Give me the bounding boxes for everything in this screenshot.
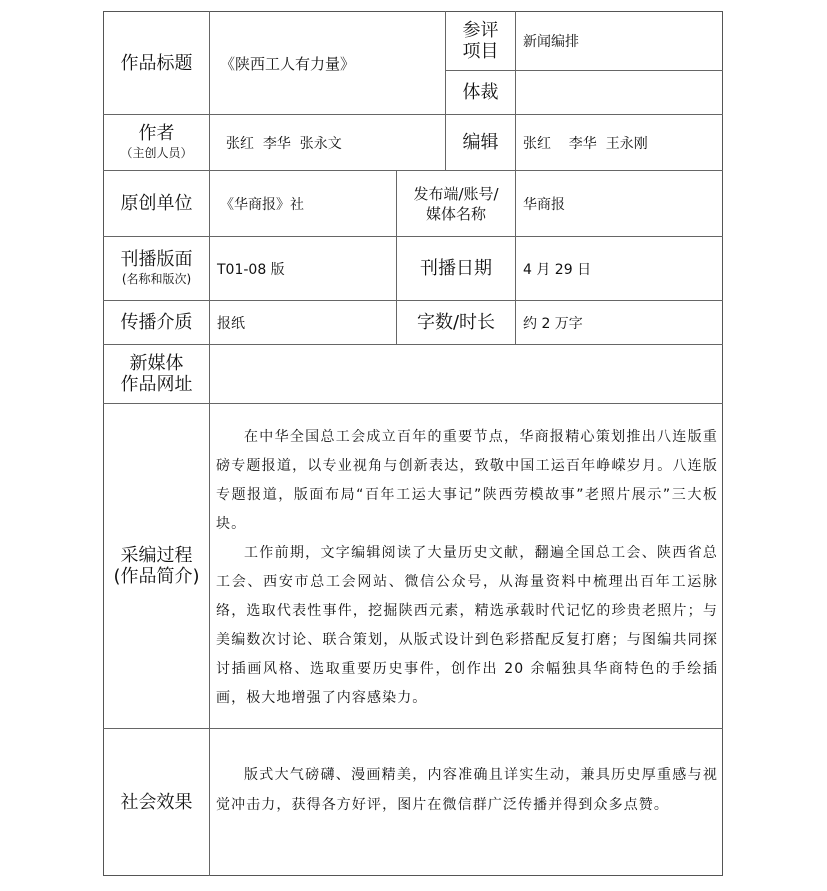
title-label-text: 作品标题: [121, 53, 193, 74]
effect-description[interactable]: 版式大气磅礴、漫画精美，内容准确且详实生动，兼具历史厚重感与视觉冲击力，获得各方…: [216, 760, 718, 820]
url-field[interactable]: [210, 345, 723, 403]
title-value: 《陕西工人有力量》: [220, 53, 355, 74]
author-sublabel: （主创人员）: [120, 144, 192, 162]
category-field[interactable]: 新闻编排: [516, 12, 723, 70]
page-field[interactable]: T01-08 版: [210, 237, 396, 300]
effect-label: 社会效果: [104, 729, 209, 876]
date-value: 4 月 29 日: [523, 259, 591, 279]
page-sublabel: (名称和版次): [121, 270, 193, 288]
category-value: 新闻编排: [523, 31, 579, 51]
publisher-label-line1: 发布端/账号/: [413, 185, 498, 203]
publisher-label: 发布端/账号/媒体名称: [397, 171, 515, 236]
page-value: T01-08 版: [217, 259, 285, 279]
length-field[interactable]: 约 2 万字: [516, 301, 723, 344]
process-label-line2: (作品简介): [113, 566, 199, 587]
length-label-text: 字数/时长: [417, 312, 495, 333]
process-label: 采编过程(作品简介): [104, 404, 209, 728]
publisher-field[interactable]: 华商报: [516, 171, 723, 236]
process-label-line1: 采编过程: [120, 545, 192, 566]
url-label-line2: 作品网址: [121, 374, 193, 395]
length-label: 字数/时长: [397, 301, 515, 344]
url-label: 新媒体作品网址: [104, 345, 209, 403]
editor-field[interactable]: 张红 李华 王永刚: [516, 115, 723, 170]
page-label: 刊播版面(名称和版次): [104, 237, 209, 300]
date-label-text: 刊播日期: [420, 258, 492, 279]
page-label-text: 刊播版面: [121, 249, 193, 270]
unit-field[interactable]: 《华商报》社: [210, 171, 396, 236]
title-label: 作品标题: [104, 12, 209, 114]
category-label-line1: 参评: [463, 20, 499, 41]
medium-value: 报纸: [217, 313, 245, 333]
unit-value: 《华商报》社: [220, 194, 304, 214]
length-value: 约 2 万字: [523, 313, 583, 333]
genre-field[interactable]: [516, 71, 723, 114]
process-paragraph: 在中华全国总工会成立百年的重要节点，华商报精心策划推出八连版重磅专题报道，以专业…: [216, 423, 718, 539]
process-description[interactable]: 在中华全国总工会成立百年的重要节点，华商报精心策划推出八连版重磅专题报道，以专业…: [216, 423, 718, 713]
author-value: 张红 李华 张永文: [226, 133, 342, 153]
medium-label-text: 传播介质: [121, 312, 193, 333]
publisher-value: 华商报: [523, 194, 565, 214]
category-label: 参评项目: [446, 12, 515, 70]
date-label: 刊播日期: [397, 237, 515, 300]
genre-label: 体裁: [446, 71, 515, 114]
author-label-text: 作者: [138, 123, 174, 144]
url-label-line1: 新媒体: [130, 353, 184, 374]
publisher-label-line2: 媒体名称: [426, 205, 486, 223]
process-paragraph: 工作前期，文字编辑阅读了大量历史文献，翻遍全国总工会、陕西省总工会、西安市总工会…: [216, 539, 718, 713]
medium-field[interactable]: 报纸: [210, 301, 396, 344]
unit-label-text: 原创单位: [121, 193, 193, 214]
effect-label-text: 社会效果: [121, 792, 193, 813]
date-field[interactable]: 4 月 29 日: [516, 237, 723, 300]
author-label: 作者（主创人员）: [104, 115, 209, 170]
editor-label-text: 编辑: [463, 132, 499, 153]
author-field[interactable]: 张红 李华 张永文: [210, 115, 445, 170]
editor-value: 张红 李华 王永刚: [523, 133, 648, 153]
medium-label: 传播介质: [104, 301, 209, 344]
unit-label: 原创单位: [104, 171, 209, 236]
genre-label-text: 体裁: [463, 82, 499, 103]
effect-paragraph: 版式大气磅礴、漫画精美，内容准确且详实生动，兼具历史厚重感与视觉冲击力，获得各方…: [216, 760, 718, 820]
title-field[interactable]: 《陕西工人有力量》: [210, 12, 445, 114]
editor-label: 编辑: [446, 115, 515, 170]
category-label-line2: 项目: [463, 41, 499, 62]
